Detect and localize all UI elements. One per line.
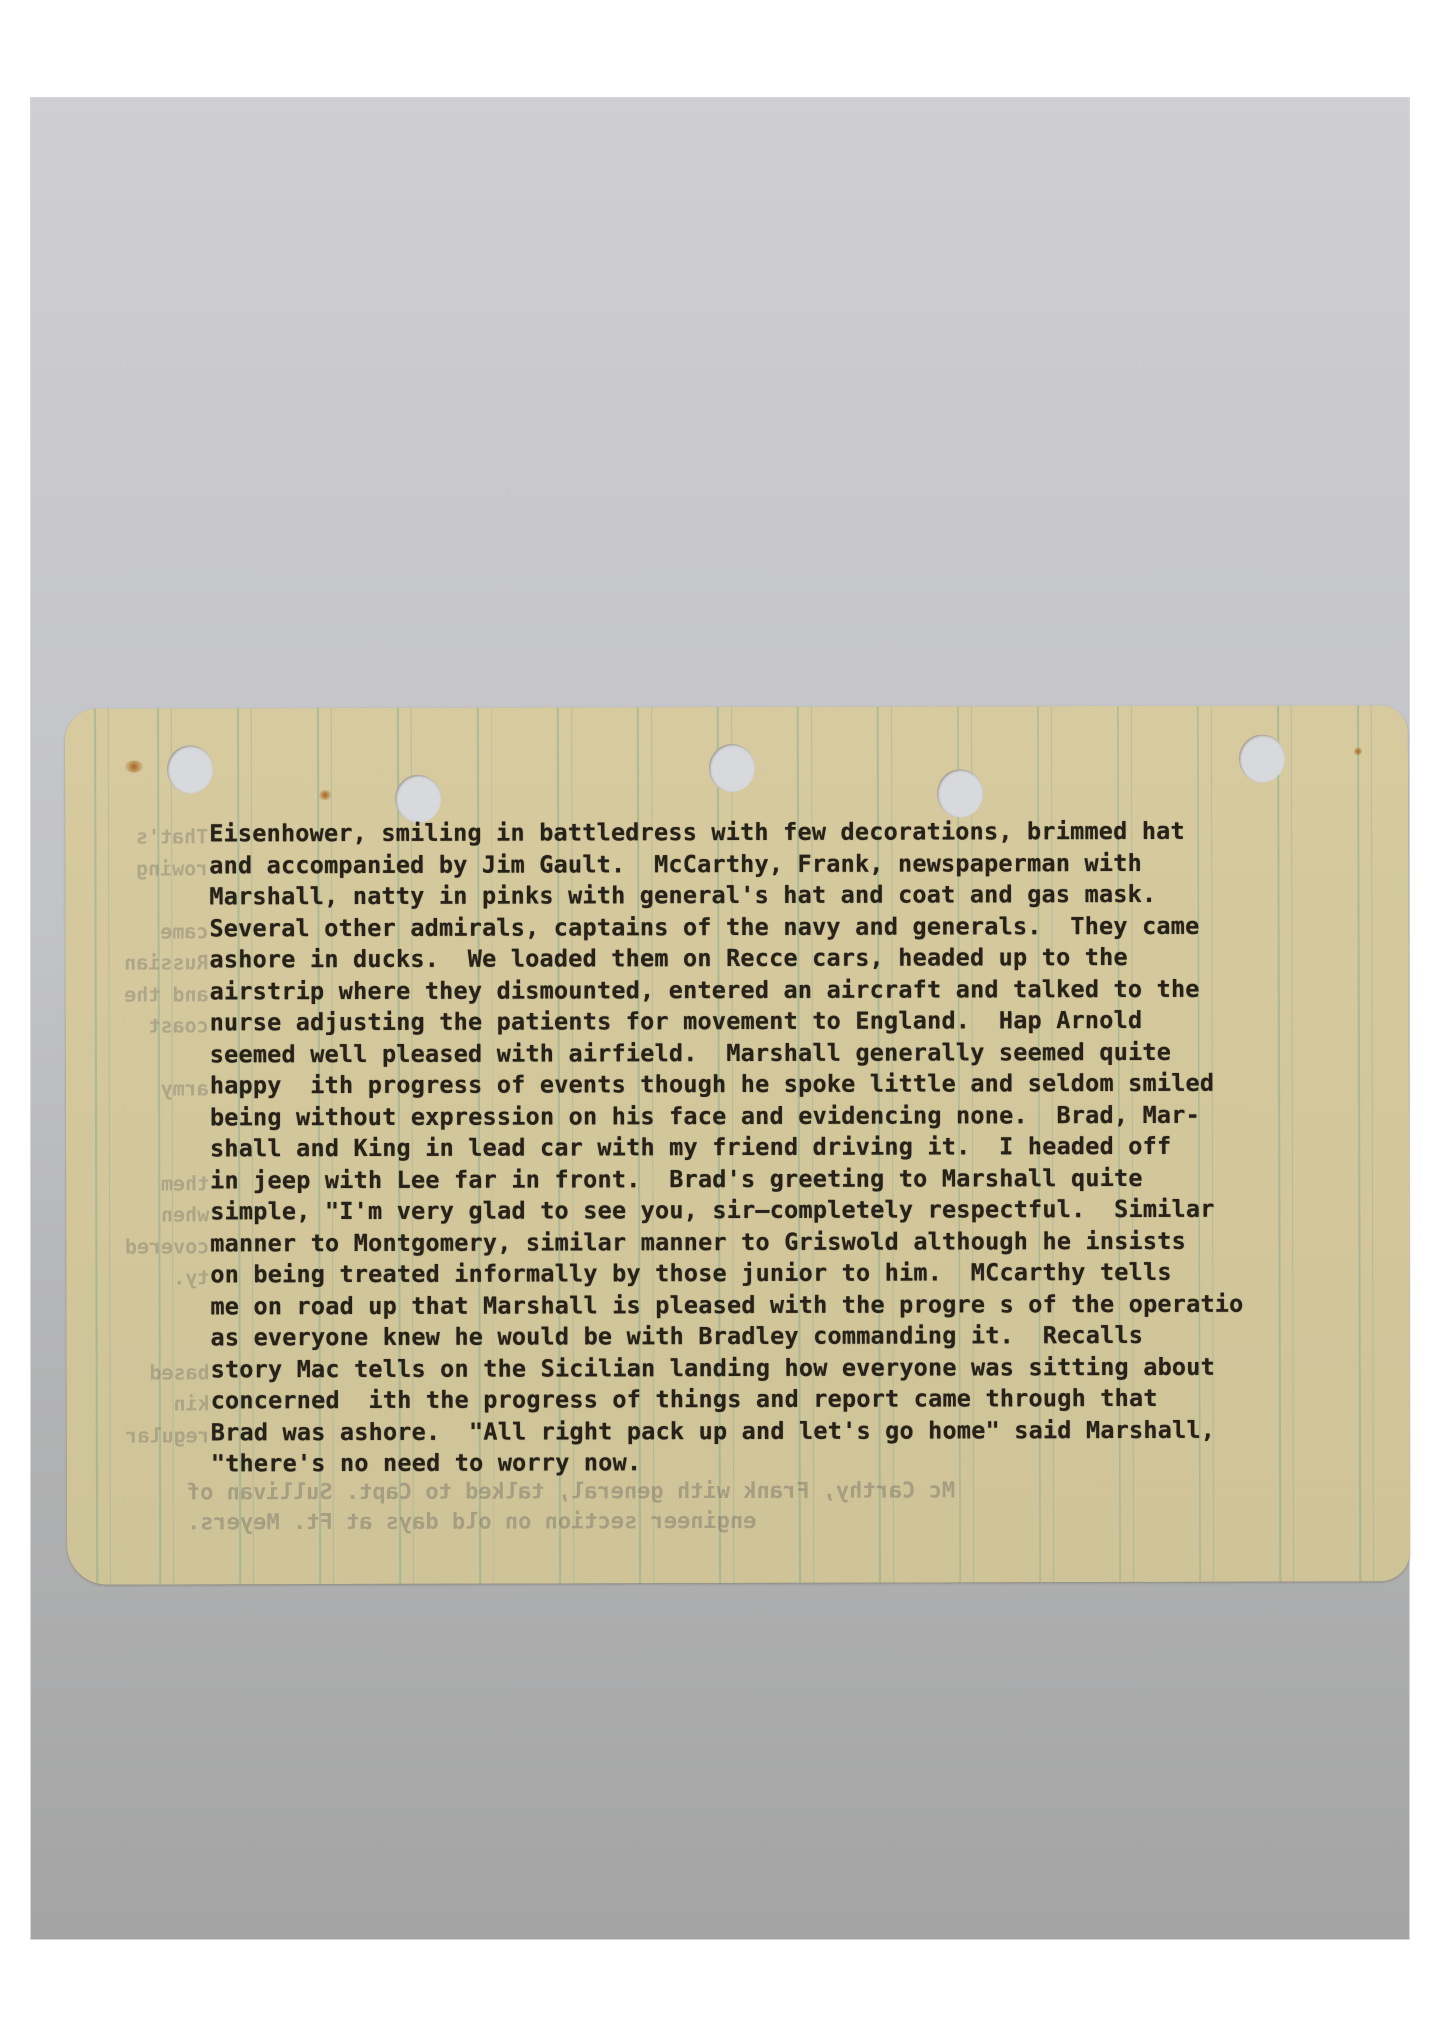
typed-line: shall and King in lead car with my frien… (210, 1130, 1390, 1165)
typed-line: simple, "I'm very glad to see you, sir—c… (210, 1193, 1390, 1228)
bleed-through-margin-line: That's (73, 821, 208, 853)
rust-stain (1354, 747, 1362, 755)
typed-line: happy ith progress of events though he s… (210, 1067, 1390, 1102)
punch-hole-icon (709, 744, 755, 792)
typed-line: Brad was ashore. "All right pack up and … (211, 1414, 1391, 1449)
typed-line: being without expression on his face and… (210, 1099, 1390, 1134)
bleed-through-margin-line (74, 1105, 209, 1137)
punch-hole-icon (1239, 735, 1285, 783)
typed-line: me on road up that Marshall is pleased w… (210, 1288, 1390, 1323)
bleed-through-margin-line: regular (75, 1420, 210, 1452)
bleed-through-margin-line (74, 1042, 209, 1074)
bleed-through-margin-line: ty. (74, 1262, 209, 1294)
bleed-through-margin-line: came (73, 916, 208, 948)
typed-line: Several other admirals, captains of the … (209, 910, 1389, 945)
bleed-through-line: engineer section on old days at Ft. Meye… (187, 1506, 1307, 1539)
bleed-through-margin-line: Russian (73, 947, 208, 979)
bleed-through-margin-line: kin (75, 1388, 210, 1420)
typed-line: in jeep with Lee far in front. Brad's gr… (210, 1162, 1390, 1197)
bleed-through-line: Mc Carthy, Frank with general, talked to… (187, 1476, 1307, 1509)
typed-line: and accompanied by Jim Gault. McCarthy, … (209, 847, 1389, 882)
typed-line: Marshall, natty in pinks with general's … (209, 878, 1389, 913)
bleed-through-bottom-text: Mc Carthy, Frank with general, talked to… (187, 1476, 1307, 1539)
bleed-through-margin-line: based (75, 1357, 210, 1389)
typed-line: on being treated informally by those jun… (210, 1256, 1390, 1291)
bleed-through-margin-text: That'srowing cameRussianand thecoast arm… (73, 821, 210, 1451)
typed-line: seemed well pleased with airfield. Marsh… (210, 1036, 1390, 1071)
bleed-through-margin-line (74, 1325, 209, 1357)
typed-line: airstrip where they dismounted, entered … (210, 973, 1390, 1008)
typed-line: concerned ith the progress of things and… (211, 1382, 1391, 1417)
bleed-through-margin-line: coast (74, 1010, 209, 1042)
typed-line: ashore in ducks. We loaded them on Recce… (209, 941, 1389, 976)
typed-line: manner to Montgomery, similar manner to … (210, 1225, 1390, 1260)
rust-stain (125, 761, 143, 773)
bleed-through-margin-line (74, 1294, 209, 1326)
typed-line: "there's no need to worry now. (211, 1445, 1391, 1480)
bleed-through-margin-line: rowing (73, 853, 208, 885)
typed-text-block: Eisenhower, smiling in battledress with … (209, 815, 1391, 1480)
bleed-through-margin-line: covered (74, 1231, 209, 1263)
rust-stain (319, 790, 331, 800)
bleed-through-margin-line: when (74, 1199, 209, 1231)
punch-hole-icon (937, 769, 983, 817)
typed-line: Eisenhower, smiling in battledress with … (209, 815, 1389, 850)
punch-hole-icon (395, 775, 441, 823)
punch-hole-icon (167, 745, 213, 793)
photo-background: That'srowing cameRussianand thecoast arm… (30, 97, 1410, 1940)
bleed-through-margin-line (73, 884, 208, 916)
bleed-through-margin-line (74, 1136, 209, 1168)
bleed-through-margin-line: army (74, 1073, 209, 1105)
bleed-through-margin-line: them (74, 1168, 209, 1200)
index-card: That'srowing cameRussianand thecoast arm… (65, 705, 1410, 1585)
typed-line: as everyone knew he would be with Bradle… (210, 1319, 1390, 1354)
typed-line: story Mac tells on the Sicilian landing … (211, 1351, 1391, 1386)
typed-line: nurse adjusting the patients for movemen… (210, 1004, 1390, 1039)
bleed-through-margin-line: and the (74, 979, 209, 1011)
